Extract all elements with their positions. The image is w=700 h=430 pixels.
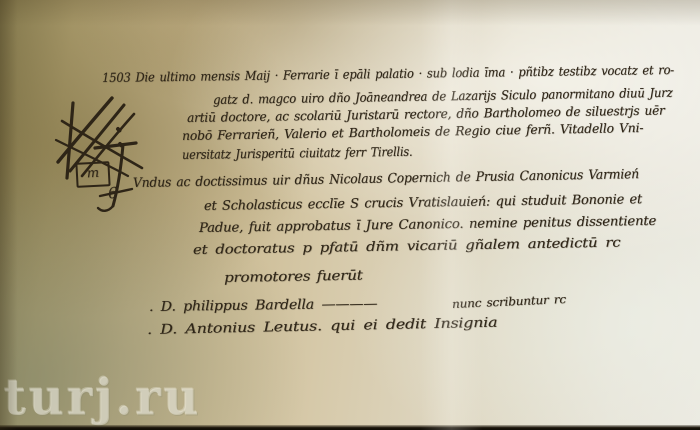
manuscript-line-5: uersitatz Jurisperitū ciuitatz ferr Tire… xyxy=(182,144,413,162)
manuscript-line-9: et doctoratus p pfatū dñm vicariū gñalem… xyxy=(193,236,621,258)
manuscript-line-8: Padue, fuit approbatus ī Jure Canonico. … xyxy=(199,214,656,236)
manuscript-line-11: . D. philippus Bardella ———— xyxy=(149,296,378,315)
watermark-text: turj.ru xyxy=(4,369,202,427)
manuscript-line-12: . D. Antonius Leutus. qui ei dedit Insig… xyxy=(147,315,498,338)
manuscript-line-10: promotores fuerūt xyxy=(224,268,363,286)
manuscript-line-1: 1503 Die ultimo mensis Maij · Ferrarie ī… xyxy=(102,62,674,85)
manuscript-line-6: Vndus ac doctissimus uir dñus Nicolaus C… xyxy=(133,167,639,191)
manuscript-line-7: et Scholasticus ecclīe S crucis Vratisla… xyxy=(204,192,642,214)
photo-bottom-edge xyxy=(0,425,700,430)
handwritten-text-layer: 1503 Die ultimo mensis Maij · Ferrarie ī… xyxy=(0,0,700,430)
manuscript-side-note: nunc scribuntur rc xyxy=(452,292,566,311)
manuscript-photo: m 6 1503 Die ultimo mensis Maij · Ferrar… xyxy=(0,0,700,430)
